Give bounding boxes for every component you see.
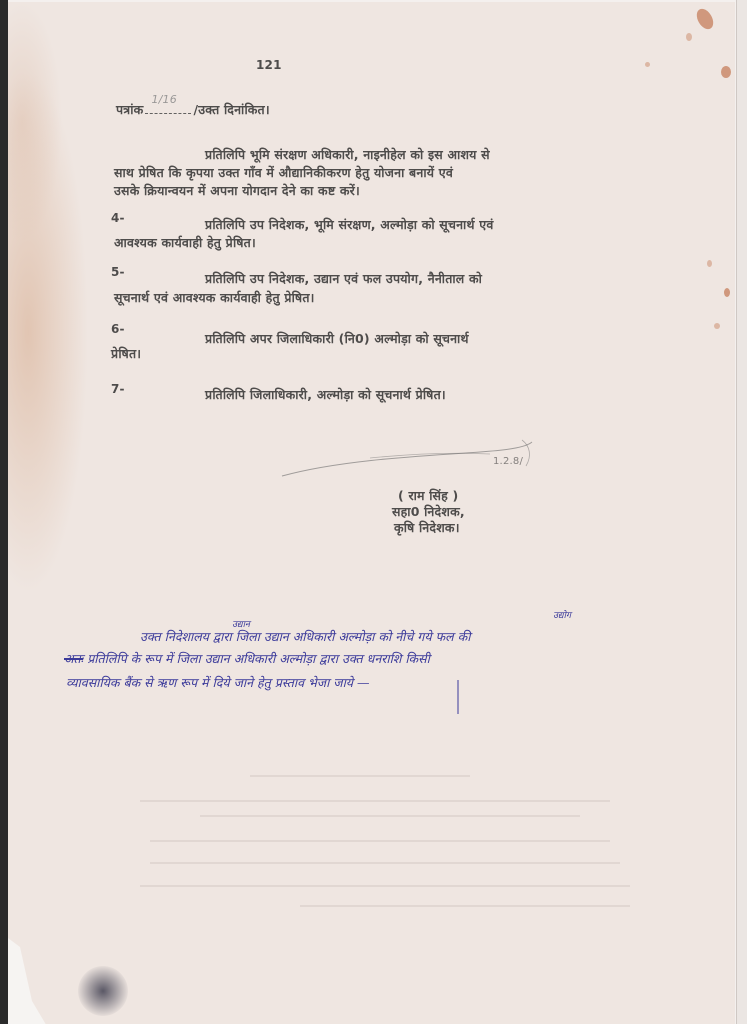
signatory-name: ( राम सिंह ) — [398, 488, 465, 504]
handwritten-vertical-stroke — [455, 680, 461, 716]
handwritten-note-line1: उक्त निदेशालय द्वारा जिला उद्यान अधिकारी… — [140, 628, 470, 645]
handwritten-reference-number: 1/16 — [151, 93, 177, 106]
rust-stain — [721, 66, 731, 78]
page-number: 121 — [256, 58, 282, 72]
copy-4-number: 4- — [111, 211, 125, 225]
copy-6-line2: प्रेषित। — [111, 345, 141, 362]
bleed-through-line — [150, 840, 610, 842]
bleed-through-line — [300, 905, 630, 907]
rust-stain — [724, 288, 730, 297]
copy-5-number: 5- — [111, 265, 125, 279]
rust-stain — [714, 323, 720, 329]
bleed-through-line — [140, 885, 630, 887]
copy-7-number: 7- — [111, 382, 125, 396]
scan-edge-left — [0, 0, 8, 1024]
handwritten-note-line2-text: प्रतिलिपि के रूप में जिला उद्यान अधिकारी… — [87, 651, 430, 666]
para3-line1: प्रतिलिपि भूमि संरक्षण अधिकारी, नाइनीहेल… — [205, 146, 490, 163]
ink-smudge — [78, 966, 128, 1016]
bleed-through-line — [200, 815, 580, 817]
bleed-through-line — [140, 800, 610, 802]
copy-7-line1: प्रतिलिपि जिलाधिकारी, अल्मोड़ा को सूचनार… — [205, 386, 446, 403]
handwritten-note-line3: व्यावसायिक बैंक से ऋण रूप में दिये जाने … — [66, 674, 370, 691]
struck-word: अतः — [64, 651, 83, 666]
reference-number-blank: 1/16 — [145, 103, 191, 114]
handwritten-note-line2: अतः प्रतिलिपि के रूप में जिला उद्यान अधि… — [64, 650, 430, 667]
bleed-through-line — [250, 775, 470, 777]
para3-line2: साथ प्रेषित कि कृपया उक्त गाँव में औद्या… — [114, 164, 453, 181]
copy-5-line2: सूचनार्थ एवं आवश्यक कार्यवाही हेतु प्रेष… — [114, 289, 315, 306]
rust-stain — [645, 62, 650, 67]
copy-4-line2: आवश्यक कार्यवाही हेतु प्रेषित। — [114, 234, 256, 251]
rust-stain — [707, 260, 712, 267]
copy-4-line1: प्रतिलिपि उप निदेशक, भूमि संरक्षण, अल्मो… — [205, 216, 493, 233]
copy-6-line1: प्रतिलिपि अपर जिलाधिकारी (नि0) अल्मोड़ा … — [205, 330, 469, 347]
scan-edge-right — [736, 0, 747, 1024]
signatory-designation: सहा0 निदेशक, — [392, 504, 465, 520]
reference-line: पत्रांक1/16/उक्त दिनांकित। — [116, 101, 270, 118]
copy-6-number: 6- — [111, 322, 125, 336]
para3-line3: उसके क्रियान्वयन में अपना योगदान देने का… — [114, 182, 360, 199]
copy-5-line1: प्रतिलिपि उप निदेशक, उद्यान एवं फल उपयोग… — [205, 270, 482, 287]
rust-stain — [686, 33, 692, 41]
signature-mark: 1.2.8/ — [493, 456, 523, 467]
bleed-through-line — [150, 862, 620, 864]
signatory-department: कृषि निदेशक। — [394, 520, 465, 536]
signatory-block: ( राम सिंह ) सहा0 निदेशक, कृषि निदेशक। — [398, 488, 465, 536]
handwritten-insert-udyog: उद्योग — [553, 608, 571, 621]
reference-prefix: पत्रांक — [116, 102, 143, 117]
reference-suffix: /उक्त दिनांकित। — [193, 102, 269, 117]
